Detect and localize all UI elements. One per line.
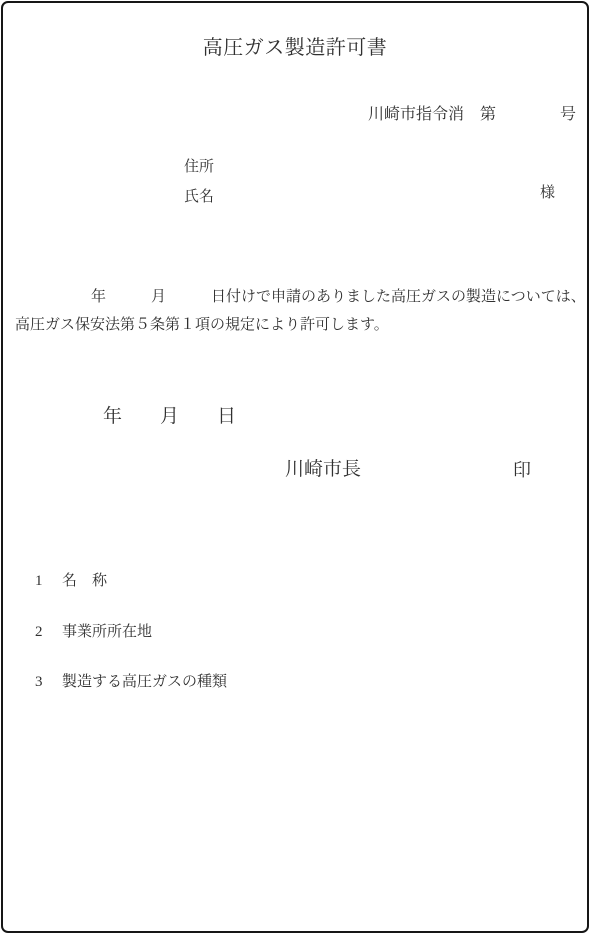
recipient-name-label: 氏名 — [184, 188, 214, 207]
seal-placeholder: 印 — [513, 459, 531, 482]
list-item-number: 3 — [35, 674, 62, 691]
list-item-gas-type: 3製造する高圧ガスの種類 — [20, 653, 227, 708]
list-item-number: 1 — [35, 573, 62, 590]
document-title: 高圧ガス製造許可書 — [0, 36, 590, 61]
reference-number-line: 川崎市指令消 第 号 — [368, 105, 576, 125]
list-item-label: 名 称 — [62, 573, 107, 589]
list-item-name: 1名 称 — [20, 552, 107, 607]
issue-date-line: 年 月 日 — [103, 405, 236, 429]
list-item-label: 製造する高圧ガスの種類 — [62, 674, 227, 690]
recipient-honorific: 様 — [540, 184, 555, 203]
list-item-label: 事業所所在地 — [62, 624, 152, 640]
body-paragraph-line-1: 年 月 日付けで申請のありました高圧ガスの製造については、 — [91, 288, 586, 307]
list-item-number: 2 — [35, 624, 62, 641]
list-item-business-location: 2事業所所在地 — [20, 603, 152, 658]
recipient-address-label: 住所 — [184, 158, 214, 177]
issuer-title: 川崎市長 — [285, 458, 361, 482]
body-paragraph-line-2: 高圧ガス保安法第５条第１項の規定により許可します。 — [15, 316, 389, 335]
permit-document-page: 高圧ガス製造許可書 川崎市指令消 第 号 住所 氏名 様 年 月 日付けで申請の… — [0, 0, 590, 934]
